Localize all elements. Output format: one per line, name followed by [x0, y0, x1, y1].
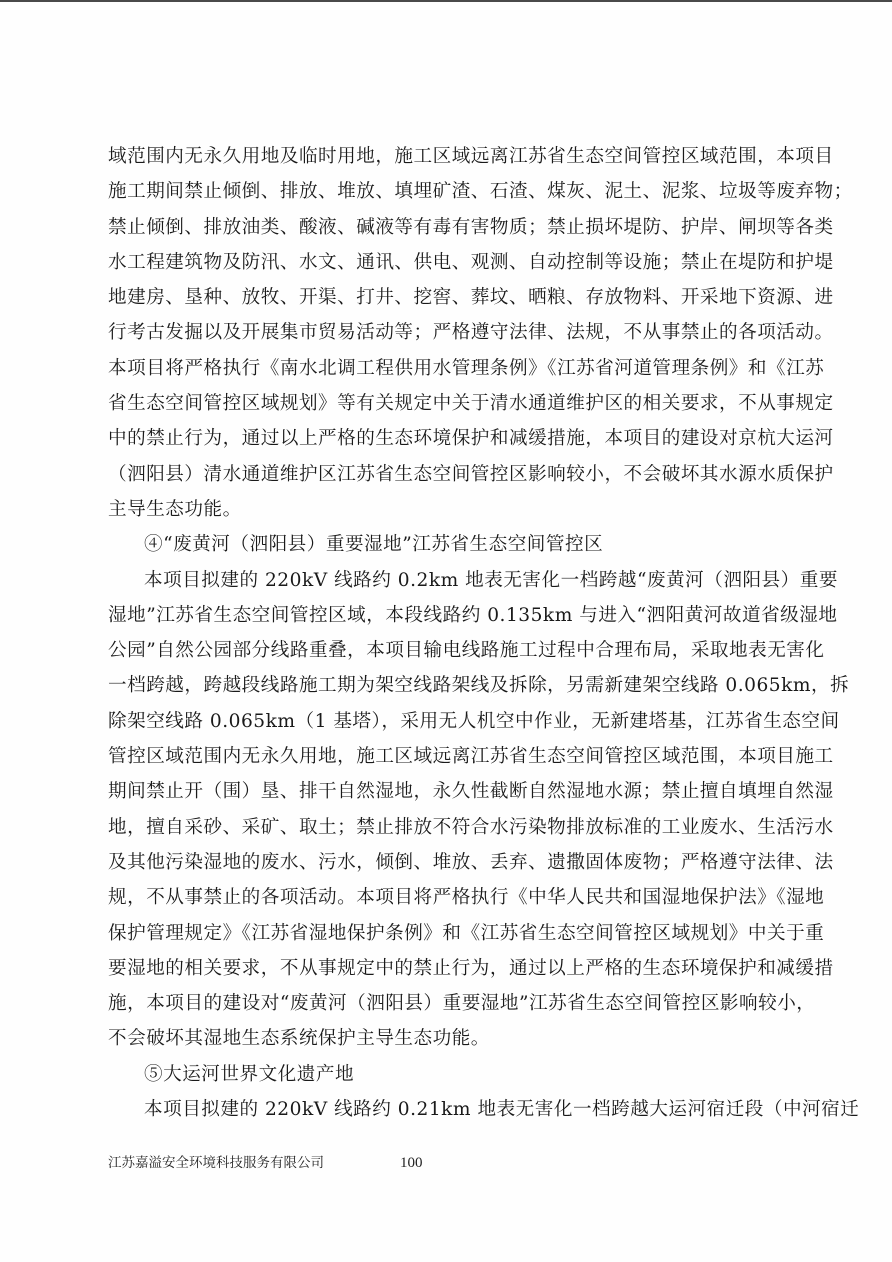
body-line: 要湿地的相关要求，不从事规定中的禁止行为，通过以上严格的生态环境保护和减缓措: [108, 951, 786, 986]
body-line: 水工程建筑物及防汛、水文、通讯、供电、观测、自动控制等设施；禁止在堤防和护堤: [108, 245, 786, 280]
body-line: 除架空线路 0.065km（1 基塔），采用无人机空中作业，无新建塔基，江苏省生…: [108, 704, 786, 739]
body-line: 湿地”江苏省生态空间管控区域，本段线路约 0.135km 与进入“泗阳黄河故道省…: [108, 598, 786, 633]
footer-company-name: 江苏嘉溢安全环境科技服务有限公司: [108, 1153, 324, 1173]
body-line: 主导生态功能。: [108, 492, 786, 527]
body-line: 域范围内无永久用地及临时用地，施工区域远离江苏省生态空间管控区域范围，本项目: [108, 139, 786, 174]
body-line: 禁止倾倒、排放油类、酸液、碱液等有毒有害物质；禁止损坏堤防、护岸、闸坝等各类: [108, 210, 786, 245]
body-line: 中的禁止行为，通过以上严格的生态环境保护和减缓措施，本项目的建设对京杭大运河: [108, 421, 786, 456]
body-line: 保护管理规定》《江苏省湿地保护条例》和《江苏省生态空间管控区域规划》中关于重: [108, 916, 786, 951]
body-line: 地，擅自采砂、采矿、取土；禁止排放不符合水污染物排放标准的工业废水、生活污水: [108, 810, 786, 845]
body-line: （泗阳县）清水通道维护区江苏省生态空间管控区影响较小，不会破坏其水源水质保护: [108, 457, 786, 492]
section-heading-4: ④“废黄河（泗阳县）重要湿地”江苏省生态空间管控区: [108, 527, 786, 562]
body-line: 期间禁止开（围）垦、排干自然湿地，永久性截断自然湿地水源；禁止擅自填埋自然湿: [108, 774, 786, 809]
document-body: 域范围内无永久用地及临时用地，施工区域远离江苏省生态空间管控区域范围，本项目 施…: [108, 139, 786, 1127]
body-line: 省生态空间管控区域规划》等有关规定中关于清水通道维护区的相关要求，不从事规定: [108, 386, 786, 421]
body-line: 公园”自然公园部分线路重叠，本项目输电线路施工过程中合理布局，采取地表无害化: [108, 633, 786, 668]
page-number: 100: [400, 1153, 423, 1173]
body-line: 施工期间禁止倾倒、排放、堆放、填埋矿渣、石渣、煤灰、泥土、泥浆、垃圾等废弃物；: [108, 174, 786, 209]
body-line: 本项目将严格执行《南水北调工程供用水管理条例》《江苏省河道管理条例》和《江苏: [108, 351, 786, 386]
body-line: 地建房、垦种、放牧、开渠、打井、挖窖、葬坟、晒粮、存放物料、开采地下资源、进: [108, 280, 786, 315]
section-heading-5: ⑤大运河世界文化遗产地: [108, 1057, 786, 1092]
body-line: 本项目拟建的 220kV 线路约 0.2km 地表无害化一档跨越“废黄河（泗阳县…: [108, 563, 786, 598]
body-line: 不会破坏其湿地生态系统保护主导生态功能。: [108, 1021, 786, 1056]
body-line: 施，本项目的建设对“废黄河（泗阳县）重要湿地”江苏省生态空间管控区影响较小，: [108, 986, 786, 1021]
body-line: 本项目拟建的 220kV 线路约 0.21km 地表无害化一档跨越大运河宿迁段（…: [108, 1092, 786, 1127]
page-top-border: [0, 0, 892, 2]
body-line: 规，不从事禁止的各项活动。本项目将严格执行《中华人民共和国湿地保护法》《湿地: [108, 880, 786, 915]
body-line: 一档跨越，跨越段线路施工期为架空线路架线及拆除，另需新建架空线路 0.065km…: [108, 668, 786, 703]
body-line: 及其他污染湿地的废水、污水，倾倒、堆放、丢弃、遗撒固体废物；严格遵守法律、法: [108, 845, 786, 880]
body-line: 管控区域范围内无永久用地，施工区域远离江苏省生态空间管控区域范围，本项目施工: [108, 739, 786, 774]
body-line: 行考古发掘以及开展集市贸易活动等；严格遵守法律、法规，不从事禁止的各项活动。: [108, 315, 786, 350]
